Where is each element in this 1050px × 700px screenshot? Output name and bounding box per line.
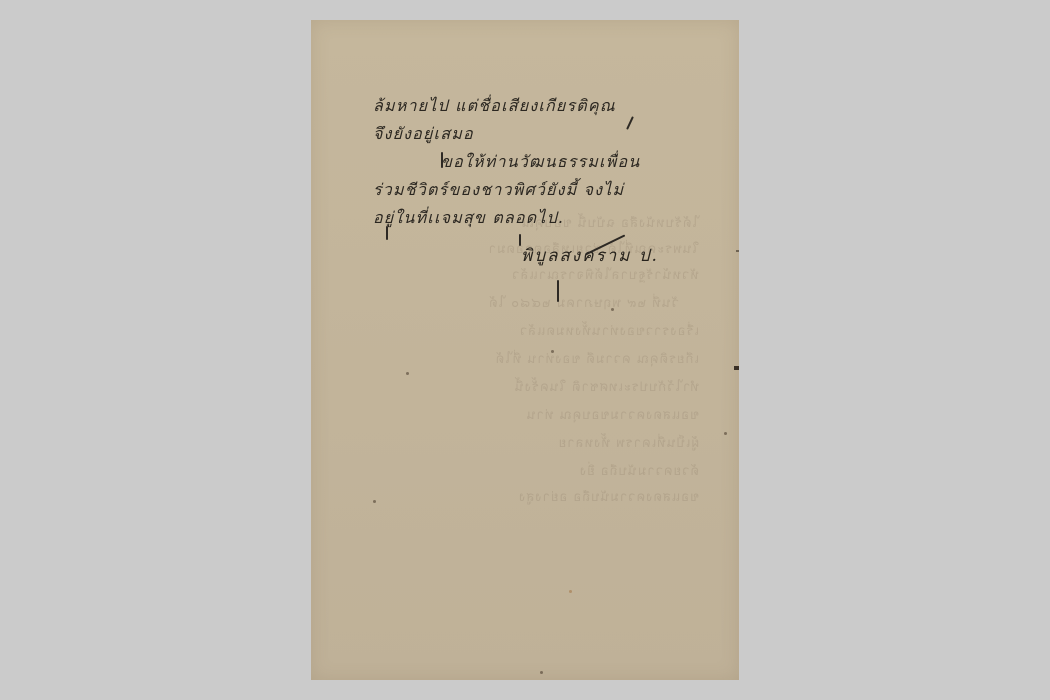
paper-speck <box>373 500 376 503</box>
handwritten-line-4: ร่วมชีวิตร์ของชาวพิศว์ยังมี้ จงไม่ <box>373 178 624 203</box>
edge-mark <box>736 250 739 252</box>
bleed-line: วันที่ ๒๙ พฤษภาคม ๒๔๘๐ ได้ <box>488 292 679 313</box>
ink-stroke <box>519 234 521 246</box>
bleed-line: ทำไว้กับประเทศชาติ ในครั้งนี้ <box>514 376 699 397</box>
bleed-through-text: ได้รับหนังสือ ฉบับนี้ ขอบคุณ ในพระคุณที่… <box>311 20 739 680</box>
bleed-line: เรื่องราวของท่านทั้งหมดแล้ว <box>519 320 699 341</box>
paper-speck <box>569 590 572 593</box>
ink-stroke <box>386 226 388 240</box>
letter-page: ได้รับหนังสือ ฉบับนี้ ขอบคุณ ในพระคุณที่… <box>311 20 739 680</box>
edge-mark <box>734 366 739 370</box>
signature: พิบูลสงคราม ป. <box>521 242 659 269</box>
bleed-line: ผู้เป็นที่เคารพ ทั้งหลาย <box>558 432 699 453</box>
handwritten-line-3: ขอให้ท่านวัฒนธรรมเพื่อน <box>441 150 640 175</box>
bleed-line: ด้วยความนับถือ ยิ่ง <box>579 460 699 481</box>
bleed-line: เกียรติคุณ ความดี ของท่าน ที่ได้ <box>495 348 699 369</box>
paper-speck <box>611 308 614 311</box>
bleed-line: ขอแสดงความนับถือ อย่างสูง <box>518 486 699 507</box>
paper-speck <box>551 350 554 353</box>
handwritten-line-5: อยู่ในที่เเจมสุข ตลอดไป. <box>373 206 564 231</box>
ink-stroke <box>441 152 443 168</box>
paper-speck <box>406 372 409 375</box>
handwritten-line-2: จึงยังอยู่เสมอ <box>373 122 474 147</box>
ink-stroke <box>557 280 559 302</box>
paper-speck <box>540 671 543 674</box>
bleed-line: ขอแสดงความขอบคุณ ท่าน <box>526 404 699 425</box>
paper-speck <box>724 432 727 435</box>
handwritten-line-1: ล้มหายไป แต่ชื่อเสียงเกียรติคุณ <box>373 94 616 119</box>
